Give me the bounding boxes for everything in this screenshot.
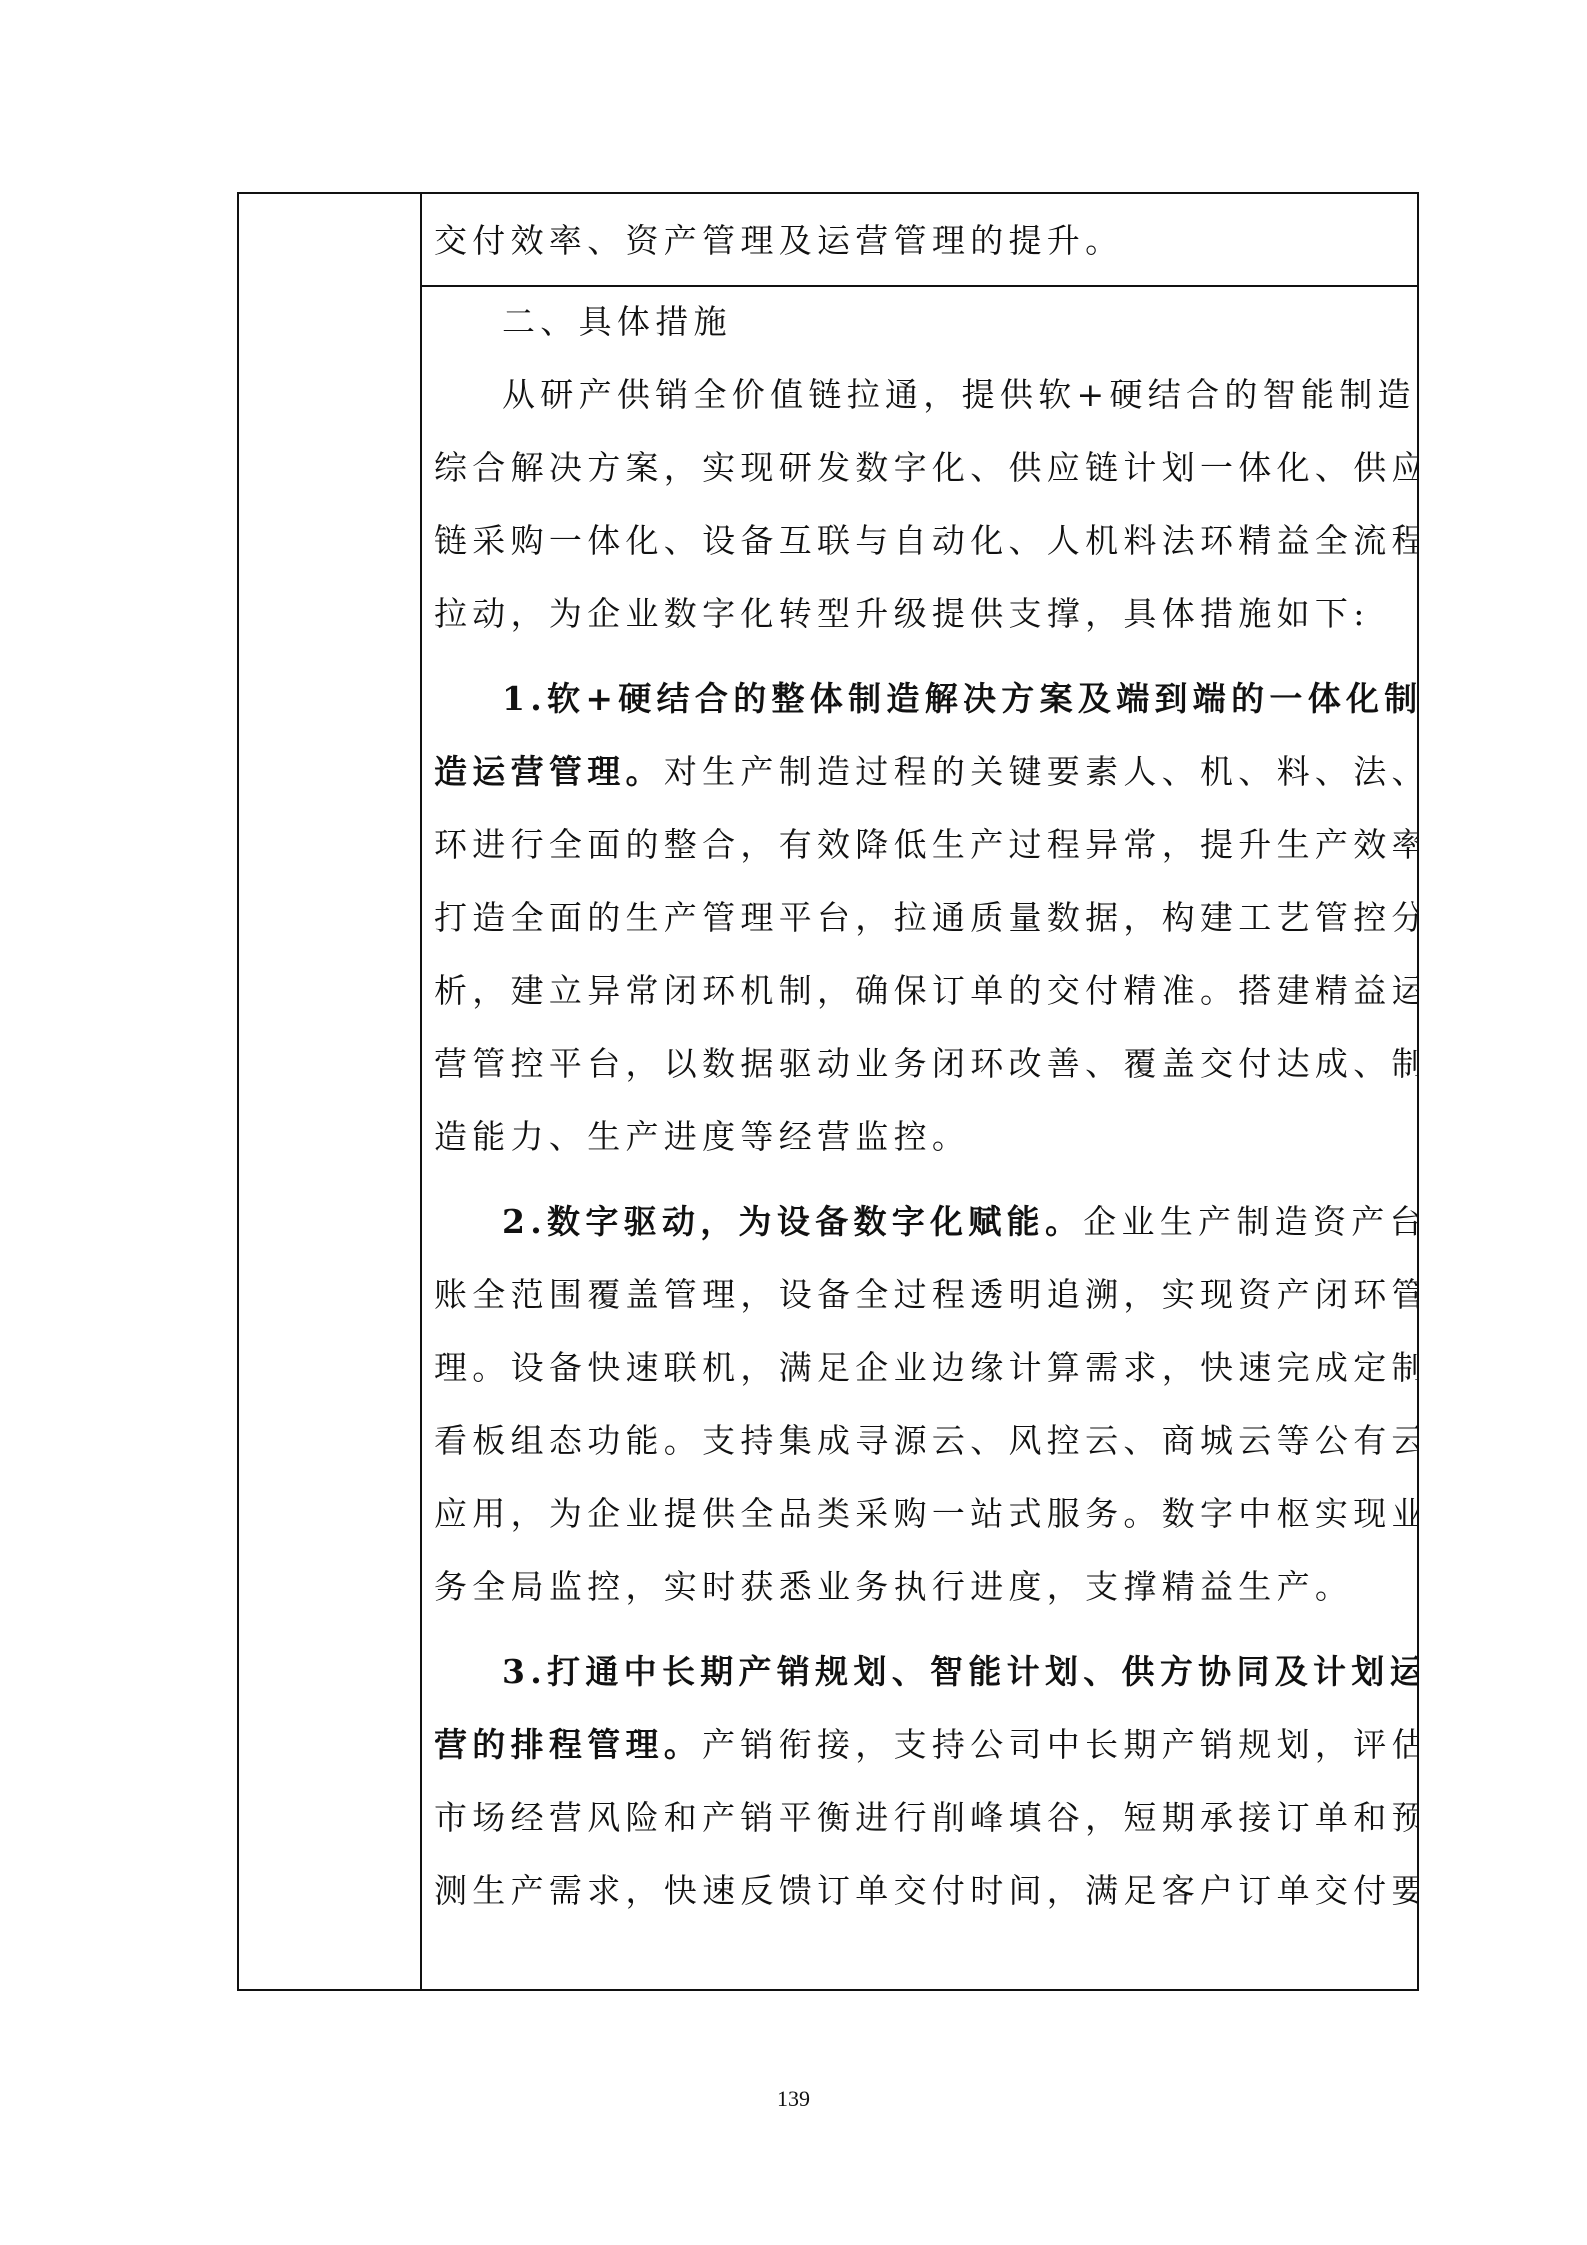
text: 产销衔接，支持公司中长期产销规划，评估 <box>702 1725 1417 1764</box>
paragraph-line: 务全局监控，实时获悉业务执行进度，支撑精益生产。 <box>434 1567 1353 1607</box>
text: 对生产制造过程的关键要素人、机、料、法、 <box>664 752 1417 791</box>
text: 企业生产制造资产台 <box>1083 1202 1417 1241</box>
bold-heading: 2.数字驱动，为设备数字化赋能。 <box>502 1202 1083 1241</box>
paragraph-line: 析，建立异常闭环机制，确保订单的交付精准。搭建精益运 <box>434 971 1417 1011</box>
paragraph-line: 理。设备快速联机，满足企业边缘计算需求，快速完成定制 <box>434 1348 1417 1388</box>
paragraph-line: 打造全面的生产管理平台，拉通质量数据，构建工艺管控分 <box>434 898 1417 938</box>
bold-heading: 1.软+硬结合的整体制造解决方案及端到端的一体化制 <box>502 679 1417 718</box>
paragraph-line: 营的排程管理。产销衔接，支持公司中长期产销规划，评估 <box>434 1725 1417 1765</box>
paragraph-line: 交付效率、资产管理及运营管理的提升。 <box>434 221 1123 261</box>
bold-heading: 3.打通中长期产销规划、智能计划、供方协同及计划运 <box>502 1652 1417 1691</box>
paragraph-line: 造能力、生产进度等经营监控。 <box>434 1117 970 1157</box>
paragraph-line: 应用，为企业提供全品类采购一站式服务。数字中枢实现业 <box>434 1494 1417 1534</box>
bold-heading: 营的排程管理。 <box>434 1725 702 1764</box>
paragraph-line: 市场经营风险和产销平衡进行削峰填谷，短期承接订单和预 <box>434 1798 1417 1838</box>
bold-heading: 造运营管理。 <box>434 752 664 791</box>
paragraph-line: 从研产供销全价值链拉通，提供软+硬结合的智能制造 <box>502 375 1416 415</box>
item-3-title: 3.打通中长期产销规划、智能计划、供方协同及计划运 <box>502 1652 1417 1692</box>
content-table: 交付效率、资产管理及运营管理的提升。 二、具体措施 从研产供销全价值链拉通，提供… <box>237 192 1419 1991</box>
paragraph-line: 看板组态功能。支持集成寻源云、风控云、商城云等公有云 <box>434 1421 1417 1461</box>
table-cell-row1: 交付效率、资产管理及运营管理的提升。 <box>422 194 1417 285</box>
section-heading: 二、具体措施 <box>502 302 732 342</box>
paragraph-line: 账全范围覆盖管理，设备全过程透明追溯，实现资产闭环管 <box>434 1275 1417 1315</box>
paragraph-line: 测生产需求，快速反馈订单交付时间，满足客户订单交付要 <box>434 1871 1417 1911</box>
paragraph-line: 环进行全面的整合，有效降低生产过程异常，提升生产效率。 <box>434 825 1417 865</box>
table-left-column <box>239 194 422 1989</box>
paragraph-line: 造运营管理。对生产制造过程的关键要素人、机、料、法、 <box>434 752 1417 792</box>
paragraph-line: 链采购一体化、设备互联与自动化、人机料法环精益全流程 <box>434 521 1417 561</box>
table-cell-row2: 二、具体措施 从研产供销全价值链拉通，提供软+硬结合的智能制造 综合解决方案，实… <box>422 287 1417 1989</box>
paragraph-line: 拉动，为企业数字化转型升级提供支撑，具体措施如下: <box>434 594 1370 634</box>
page-number: 139 <box>0 2086 1587 2112</box>
paragraph-line: 营管控平台，以数据驱动业务闭环改善、覆盖交付达成、制 <box>434 1044 1417 1084</box>
item-1-title: 1.软+硬结合的整体制造解决方案及端到端的一体化制 <box>502 679 1417 719</box>
item-2-title: 2.数字驱动，为设备数字化赋能。企业生产制造资产台 <box>502 1202 1417 1242</box>
paragraph-line: 综合解决方案，实现研发数字化、供应链计划一体化、供应 <box>434 448 1417 488</box>
